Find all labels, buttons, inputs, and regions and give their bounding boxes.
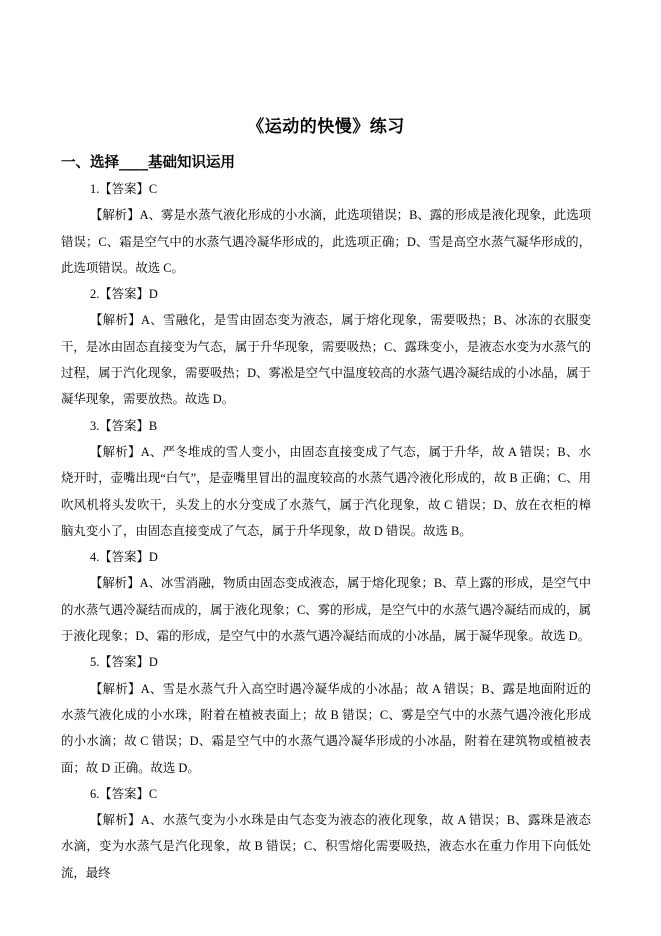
document-page: 《运动的快慢》练习 一、选择____基础知识运用 1.【答案】C 【解析】A、雾… (0, 0, 661, 936)
question-4-number: 4. (90, 550, 99, 564)
question-3-analysis: 【解析】A、严冬堆成的雪人变小，由固态直接变成了气态，属于升华，故 A 错误；B… (61, 439, 591, 544)
question-6-analysis-text: A、水蒸气变为小水珠是由气态变为液态的液化现象，故 A 错误；B、露珠是液态水滴… (61, 813, 591, 880)
question-5-answer-label: 【答案】 (99, 655, 149, 669)
question-1-answer-line: 1.【答案】C (61, 176, 591, 202)
question-5-answer-letter: D (149, 655, 158, 669)
question-2-analysis-label: 【解析】 (90, 313, 141, 327)
question-4-analysis-label: 【解析】 (90, 576, 140, 590)
question-1-analysis: 【解析】A、雾是水蒸气液化形成的小水滴，此选项错误；B、露的形成是液化现象，此选… (61, 202, 591, 281)
question-4-analysis-text: A、冰雪消融，物质由固态变成液态，属于熔化现象；B、草上露的形成，是空气中的水蒸… (61, 576, 591, 643)
question-3-answer-letter: B (149, 419, 157, 433)
question-3-answer-line: 3.【答案】B (61, 413, 591, 439)
question-6-number: 6. (90, 787, 99, 801)
question-2-answer-line: 2.【答案】D (61, 281, 591, 307)
question-3-number: 3. (90, 419, 99, 433)
question-6-answer-line: 6.【答案】C (61, 781, 591, 807)
question-2-analysis: 【解析】A、雪融化，是雪由固态变为液态，属于熔化现象，需要吸热；B、冰冻的衣服变… (61, 307, 591, 412)
question-1-answer-letter: C (149, 182, 157, 196)
question-3-answer-label: 【答案】 (99, 419, 149, 433)
question-2-answer-label: 【答案】 (99, 287, 149, 301)
question-6-answer-label: 【答案】 (99, 787, 149, 801)
question-6-answer-letter: C (149, 787, 157, 801)
question-3-analysis-label: 【解析】 (90, 445, 141, 459)
question-3-analysis-text: A、严冬堆成的雪人变小，由固态直接变成了气态，属于升华，故 A 错误；B、水烧开… (61, 445, 591, 538)
question-1-analysis-text: A、雾是水蒸气液化形成的小水滴，此选项错误；B、露的形成是液化现象，此选项错误；… (61, 208, 591, 275)
question-4-answer-line: 4.【答案】D (61, 544, 591, 570)
question-4-analysis: 【解析】A、冰雪消融，物质由固态变成液态，属于熔化现象；B、草上露的形成，是空气… (61, 570, 591, 649)
question-2-analysis-text: A、雪融化，是雪由固态变为液态，属于熔化现象，需要吸热；B、冰冻的衣服变干，是冰… (61, 313, 591, 406)
document-title: 《运动的快慢》练习 (61, 112, 591, 142)
question-5-analysis: 【解析】A、雪是水蒸气升入高空时遇冷凝华成的小冰晶；故 A 错误；B、露是地面附… (61, 676, 591, 781)
question-1-answer-label: 【答案】 (99, 182, 149, 196)
question-6-analysis-label: 【解析】 (90, 813, 141, 827)
document-content: 《运动的快慢》练习 一、选择____基础知识运用 1.【答案】C 【解析】A、雾… (61, 112, 591, 886)
question-1-analysis-label: 【解析】 (90, 208, 140, 222)
question-1-number: 1. (90, 182, 99, 196)
question-2-answer-letter: D (149, 287, 158, 301)
question-4-answer-letter: D (149, 550, 158, 564)
question-2-number: 2. (90, 287, 99, 301)
question-5-analysis-label: 【解析】 (90, 682, 141, 696)
question-5-number: 5. (90, 655, 99, 669)
question-4-answer-label: 【答案】 (99, 550, 149, 564)
question-5-answer-line: 5.【答案】D (61, 649, 591, 675)
question-5-analysis-text: A、雪是水蒸气升入高空时遇冷凝华成的小冰晶；故 A 错误；B、露是地面附近的水蒸… (61, 682, 591, 775)
section-heading: 一、选择____基础知识运用 (61, 150, 591, 176)
question-6-analysis: 【解析】A、水蒸气变为小水珠是由气态变为液态的液化现象，故 A 错误；B、露珠是… (61, 807, 591, 886)
